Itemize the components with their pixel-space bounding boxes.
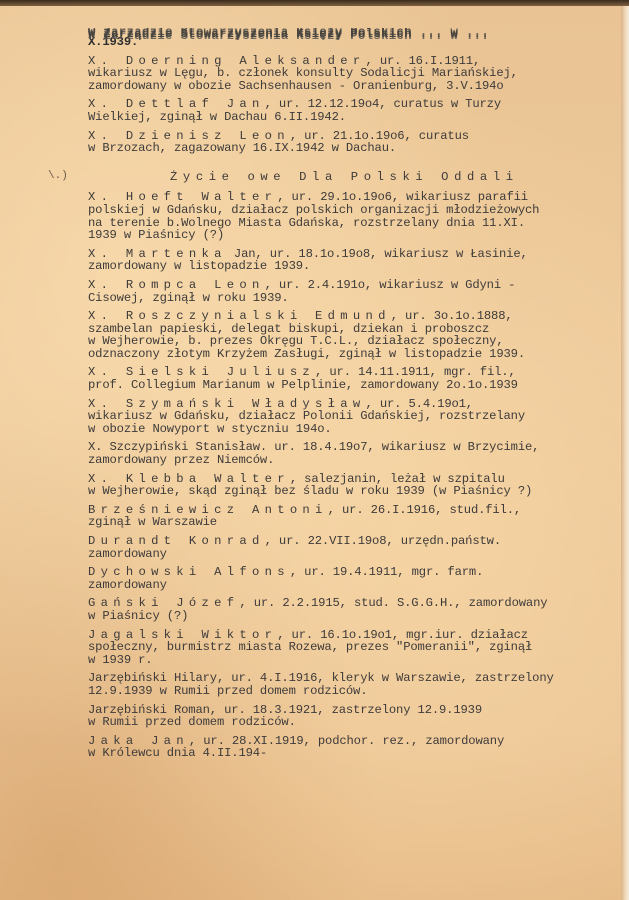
entry-line: w 1939 r. — [88, 654, 608, 667]
entry-text: Wielkiej, zginął w Dachau 6.II.1942. — [88, 110, 346, 124]
biography-entry: Gański Józef, ur. 2.2.1915, stud. S.G.G.… — [88, 597, 608, 622]
entry-line: prof. Collegium Marianum w Pelplinie, za… — [88, 379, 608, 392]
entry-text: w Piaśnicy (?) — [88, 609, 188, 623]
biography-entry: X. Doerning Aleksander, ur. 16.I.1911,wi… — [88, 55, 608, 93]
entry-line: 12.9.1939 w Rumii przed domem rodziców. — [88, 685, 608, 698]
entry-line: 1939 w Piaśnicy (?) — [88, 229, 608, 242]
biography-entry: X. Martenka Jan, ur. 18.1o.19o8, wikariu… — [88, 248, 608, 273]
entry-text: odznaczony złotym Krzyżem Zasługi, zginą… — [88, 347, 525, 361]
biography-entry: Brześniewicz Antoni, ur. 26.I.1916, stud… — [88, 504, 608, 529]
biography-entry: X. Dzienisz Leon, ur. 21.1o.19o6, curatu… — [88, 130, 608, 155]
entry-line: odznaczony złotym Krzyżem Zasługi, zginą… — [88, 348, 608, 361]
biography-entry: X. Szczypiński Stanisław. ur. 18.4.19o7,… — [88, 441, 608, 466]
biography-entry: Jagalski Wiktor, ur. 16.1o.19o1, mgr.iur… — [88, 629, 608, 667]
biography-entry: Jaka Jan, ur. 28.XI.1919, podchor. rez.,… — [88, 735, 608, 760]
entry-text: , ur. 2.2.1915, stud. S.G.G.H., zamordow… — [239, 596, 547, 610]
entry-text: 12.9.1939 w Rumii przed domem rodziców. — [88, 684, 367, 698]
entry-text: społeczny, burmistrz miasta Rozewa, prez… — [88, 640, 532, 654]
entry-line: Cisowej, zginął w roku 1939. — [88, 292, 608, 305]
entry-text: , ur. 2.4.191o, wikariusz w Gdyni - — [265, 278, 516, 292]
biography-entry: X. Sielski Juliusz, ur. 14.11.1911, mgr.… — [88, 366, 608, 391]
section-heading: Życie owe Dla Polski Oddali — [170, 171, 608, 184]
entry-line: zamordowany przez Niemców. — [88, 454, 608, 467]
entry-text: zamordowany w listopadzie 1939. — [88, 259, 310, 273]
entry-text: zamordowany — [88, 578, 167, 592]
entry-line: w Piaśnicy (?) — [88, 610, 608, 623]
entry-text: w Brzozach, zagazowany 16.IX.1942 w Dach… — [88, 141, 396, 155]
entry-text: w Rumii przed domem rodziców. — [88, 715, 296, 729]
biography-entry: X. Szymański Władysław, ur. 5.4.19o1,wik… — [88, 398, 608, 436]
entry-text: prof. Collegium Marianum w Pelplinie, za… — [88, 378, 518, 392]
entry-text: , ur. 22.VII.19o8, urzędn.państw. — [265, 534, 501, 548]
typewritten-document: W Zarządzie Stowarzyszenia Księży Polski… — [88, 28, 608, 766]
entry-text: , ur. 19.4.1911, mgr. farm. — [290, 565, 483, 579]
entry-line: zamordowany — [88, 579, 608, 592]
biography-entry: Jarzębiński Roman, ur. 18.3.1921, zastrz… — [88, 704, 608, 729]
entry-line: zamordowany w listopadzie 1939. — [88, 260, 608, 273]
entry-text: , ur. 26.I.1916, stud.fil., — [328, 503, 521, 517]
biography-entry: Dychowski Alfons, ur. 19.4.1911, mgr. fa… — [88, 566, 608, 591]
entry-line: w Królewcu dnia 4.II.194- — [88, 747, 608, 760]
entry-text: zamordowany w obozie Sachsenhausen - Ora… — [88, 79, 504, 93]
biography-entry: X. Roszczynialski Edmund, ur. 3o.1o.1888… — [88, 310, 608, 360]
entry-line: w Wejherowie, skąd zginął bez śladu w ro… — [88, 485, 608, 498]
margin-mark: \.) — [48, 170, 68, 182]
struck-out-header: W Zarządzie Stowarzyszenia Księży Polski… — [88, 28, 608, 40]
entry-text: 1939 w Piaśnicy (?) — [88, 228, 224, 242]
biography-entry: X. Klebba Walter, salezjanin, leżał w sz… — [88, 473, 608, 498]
entry-text: w obozie Nowyport w styczniu 194o. — [88, 422, 332, 436]
biography-entry: X. Rompca Leon, ur. 2.4.191o, wikariusz … — [88, 279, 608, 304]
biography-entry: X. Dettlaf Jan, ur. 12.12.19o4, curatus … — [88, 98, 608, 123]
entry-line: zamordowany w obozie Sachsenhausen - Ora… — [88, 80, 608, 93]
entry-line: Wielkiej, zginął w Dachau 6.II.1942. — [88, 111, 608, 124]
entry-line: w Rumii przed domem rodziców. — [88, 716, 608, 729]
entry-text: w 1939 r. — [88, 653, 152, 667]
entry-line: społeczny, burmistrz miasta Rozewa, prez… — [88, 641, 608, 654]
biography-entry: Jarzębiński Hilary, ur. 4.I.1916, kleryk… — [88, 672, 608, 697]
entry-text: zginął w Warszawie — [88, 515, 217, 529]
entry-text: w Wejherowie, skąd zginął bez śladu w ro… — [88, 484, 532, 498]
entry-line: zamordowany — [88, 548, 608, 561]
entry-text: zamordowany przez Niemców. — [88, 453, 274, 467]
entries-part-1: X. Doerning Aleksander, ur. 16.I.1911,wi… — [88, 55, 608, 155]
biography-entry: X. Hoeft Walter, ur. 29.1o.19o6, wikariu… — [88, 191, 608, 241]
biography-entry: Durandt Konrad, ur. 22.VII.19o8, urzędn.… — [88, 535, 608, 560]
entry-line: w obozie Nowyport w styczniu 194o. — [88, 423, 608, 436]
paper-right-edge — [621, 6, 629, 900]
entry-text: Cisowej, zginął w roku 1939. — [88, 291, 289, 305]
entry-text: zamordowany — [88, 547, 167, 561]
entry-line: w Brzozach, zagazowany 16.IX.1942 w Dach… — [88, 142, 608, 155]
entry-line: zginął w Warszawie — [88, 516, 608, 529]
entries-part-2: X. Hoeft Walter, ur. 29.1o.19o6, wikariu… — [88, 191, 608, 760]
entry-text: w Królewcu dnia 4.II.194- — [88, 746, 267, 760]
